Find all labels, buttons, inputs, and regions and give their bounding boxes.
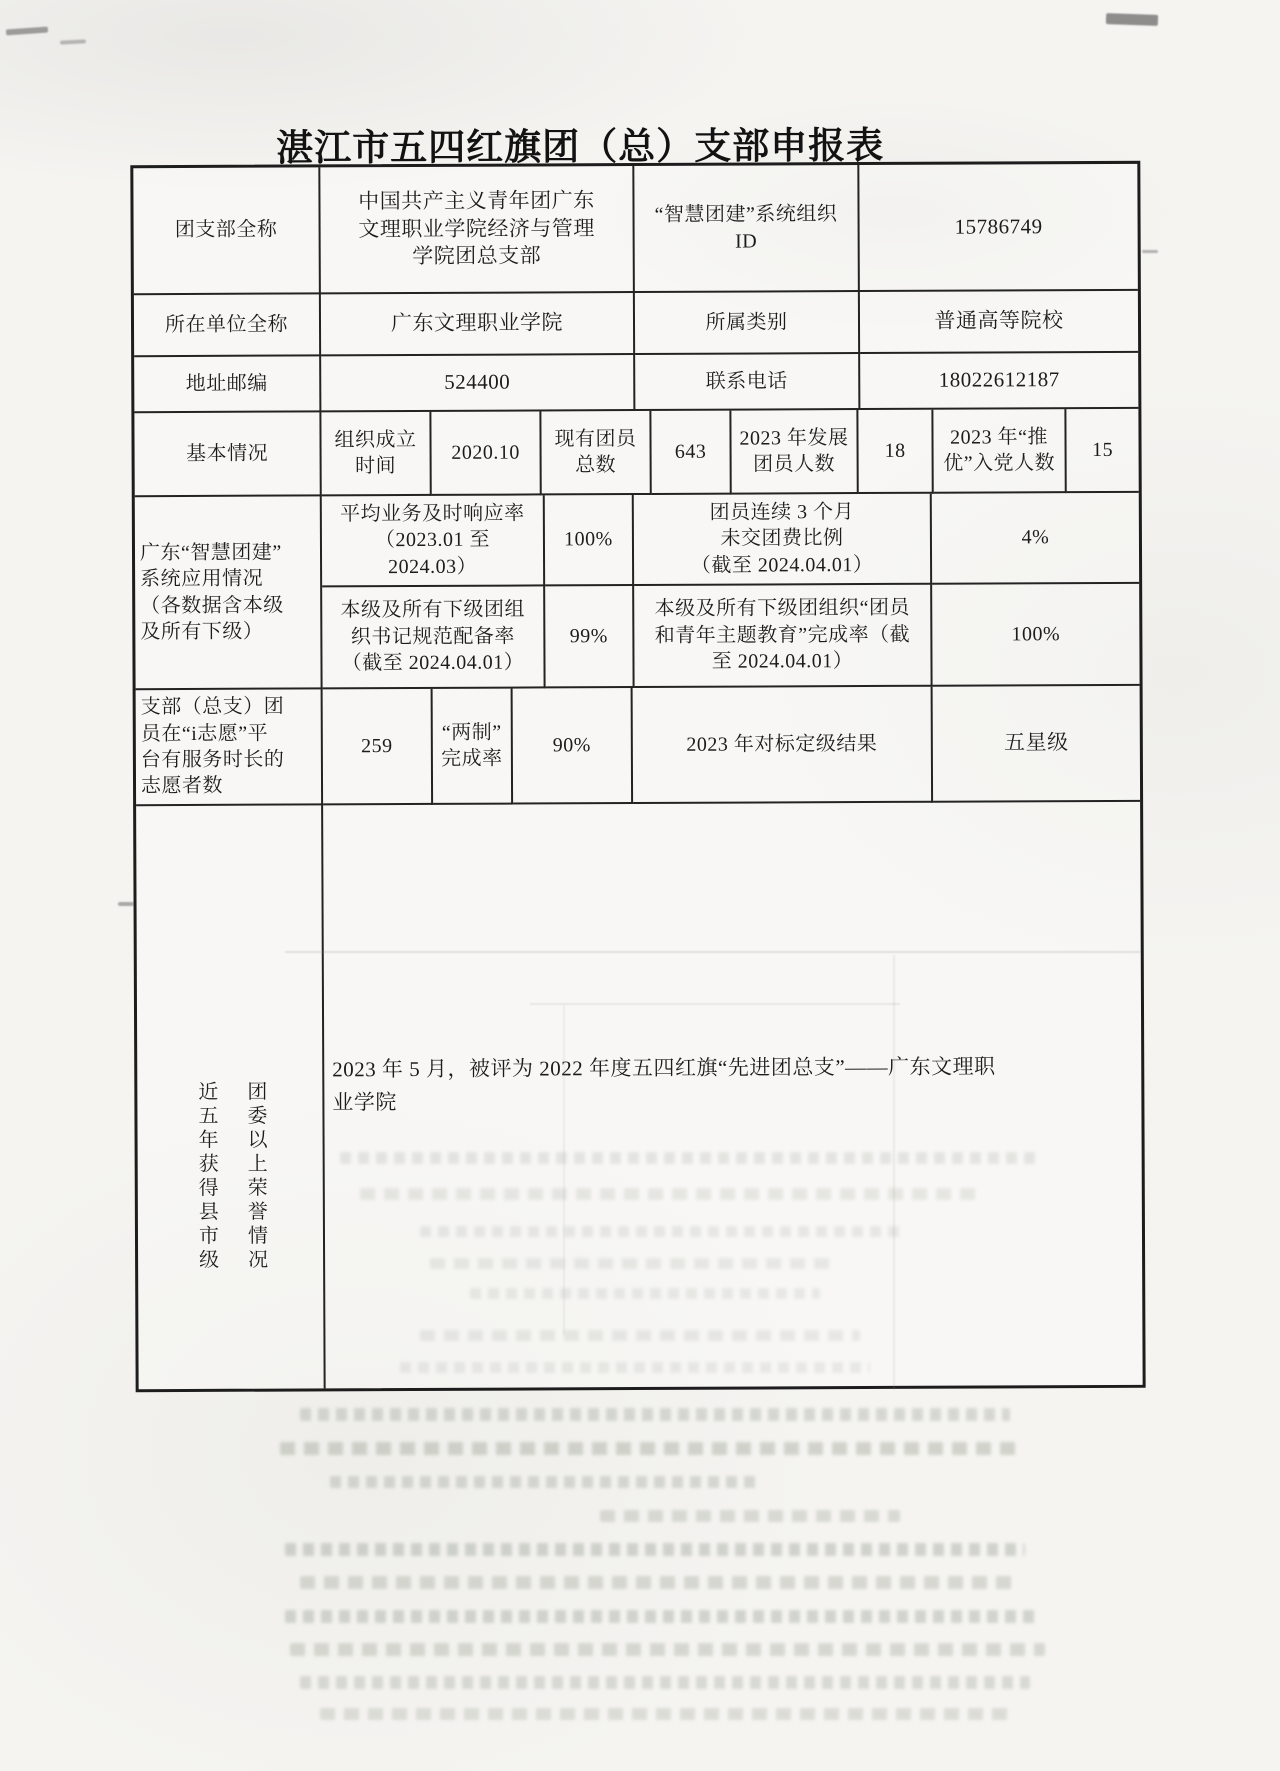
unit-name-label: 所在单位全称: [134, 294, 321, 357]
scanned-form-sheet: 湛江市五四红旗团（总）支部申报表 团支部全称 中国共产主义青年团广东 文理职业学…: [0, 0, 1280, 1771]
response-rate-label: 平均业务及时响应率 （2023.01 至 2024.03）: [322, 495, 545, 587]
branch-name-value: 中国共产主义青年团广东 文理职业学院经济与管理 学院团总支部: [320, 166, 635, 294]
system-org-id-value: 15786749: [859, 164, 1138, 292]
honors-label-column-2: 团委以上荣誉情况: [243, 1081, 267, 1273]
phone-label: 联系电话: [635, 354, 860, 411]
secretary-rate-value: 99%: [545, 586, 634, 688]
unit-name-value: 广东文理职业学院: [321, 293, 635, 356]
founded-date-label: 组织成立 时间: [321, 412, 431, 496]
unpaid-fee-label: 团员连续 3 个月 未交团费比例 （截至 2024.04.01）: [634, 494, 932, 586]
smart-league-subrow-2: 本级及所有下级团组 织书记规范配备率 （截至 2024.04.01） 99% 本…: [322, 584, 1139, 690]
member-count-label: 现有团员 总数: [541, 411, 651, 495]
developed-members-label: 2023 年发展 团员人数: [731, 410, 858, 495]
member-count-value: 643: [651, 411, 731, 495]
promoted-party-value: 15: [1066, 409, 1138, 493]
two-systems-label: “两制” 完成率: [433, 689, 514, 805]
row-volunteer: 支部（总支）团 员在“i志愿”平 台有服务时长的 志愿者数 259 “两制” 完…: [136, 686, 1140, 806]
honors-label-column-1: 近五年获得县市级: [194, 1081, 218, 1273]
postcode-value: 524400: [321, 355, 635, 412]
volunteer-count-value: 259: [323, 689, 434, 805]
honors-content: 2023 年 5 月，被评为 2022 年度五四红旗“先进团总支”——广东文理职…: [323, 802, 1143, 1389]
row-smart-league: 广东“智慧团建” 系统应用情况 （各数据含本级 及所有下级） 平均业务及时响应率…: [135, 493, 1140, 690]
system-org-id-label: “智慧团建”系统组织 ID: [634, 165, 860, 293]
category-value: 普通高等院校: [860, 291, 1138, 354]
grading-label: 2023 年对标定级结果: [633, 687, 934, 804]
category-label: 所属类别: [635, 292, 860, 355]
grading-value: 五星级: [933, 686, 1141, 803]
honors-label: 近五年获得县市级 团委以上荣誉情况: [136, 805, 326, 1389]
secretary-rate-label: 本级及所有下级团组 织书记规范配备率 （截至 2024.04.01）: [322, 586, 545, 689]
response-rate-value: 100%: [545, 495, 634, 586]
smart-league-subrows: 平均业务及时响应率 （2023.01 至 2024.03） 100% 团员连续 …: [322, 493, 1140, 690]
phone-value: 18022612187: [860, 353, 1138, 410]
two-systems-value: 90%: [513, 688, 634, 805]
smart-league-subrow-1: 平均业务及时响应率 （2023.01 至 2024.03） 100% 团员连续 …: [322, 493, 1139, 588]
row-basic-info: 基本情况 组织成立 时间 2020.10 现有团员 总数 643 2023 年发…: [134, 409, 1138, 497]
unpaid-fee-value: 4%: [932, 493, 1139, 585]
founded-date-value: 2020.10: [431, 411, 541, 495]
basic-info-label: 基本情况: [134, 412, 321, 497]
postcode-label: 地址邮编: [134, 356, 321, 413]
row-unit: 所在单位全称 广东文理职业学院 所属类别 普通高等院校: [134, 291, 1138, 357]
row-honors: 近五年获得县市级 团委以上荣誉情况 2023 年 5 月，被评为 2022 年度…: [136, 802, 1143, 1389]
row-branch-name: 团支部全称 中国共产主义青年团广东 文理职业学院经济与管理 学院团总支部 “智慧…: [133, 164, 1138, 295]
education-rate-label: 本级及所有下级团组织“团员 和青年主题教育”完成率（截 至 2024.04.01…: [634, 585, 932, 688]
promoted-party-label: 2023 年“推 优”入党人数: [933, 409, 1066, 494]
branch-name-label: 团支部全称: [133, 167, 321, 295]
volunteer-label: 支部（总支）团 员在“i志愿”平 台有服务时长的 志愿者数: [136, 689, 324, 806]
application-form-table: 团支部全称 中国共产主义青年团广东 文理职业学院经济与管理 学院团总支部 “智慧…: [130, 161, 1145, 1392]
smart-league-section-label: 广东“智慧团建” 系统应用情况 （各数据含本级 及所有下级）: [135, 496, 323, 690]
row-address: 地址邮编 524400 联系电话 18022612187: [134, 353, 1138, 413]
developed-members-value: 18: [858, 410, 933, 494]
education-rate-value: 100%: [932, 584, 1139, 687]
